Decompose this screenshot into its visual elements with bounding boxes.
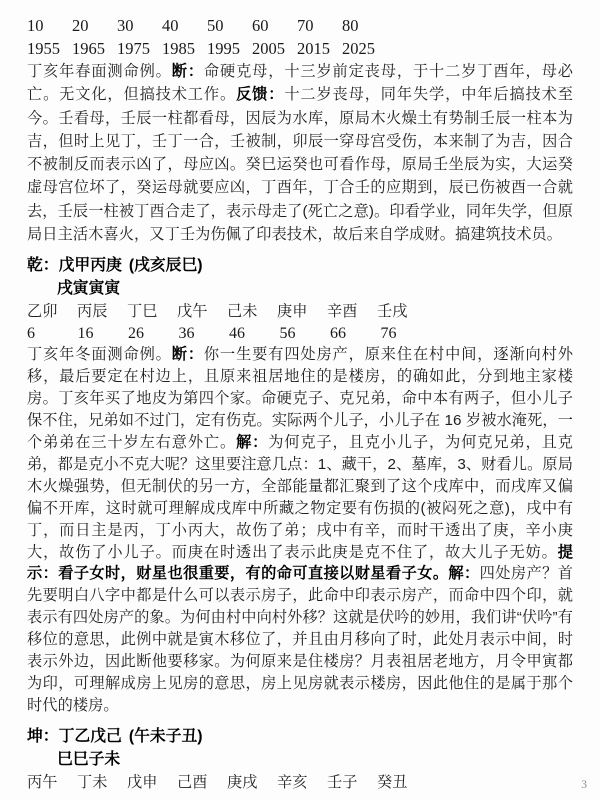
luck-year-cell: 1975 (117, 37, 162, 60)
feedback-label: 反馈： (236, 86, 284, 103)
luck-pillar-cell: 庚戌 (227, 771, 277, 794)
luck-age-cell: 6 (27, 323, 78, 344)
luck-years-row: 1955 1965 1975 1985 1995 2005 2015 2025 (27, 37, 573, 60)
void-branches: (午未子丑) (129, 728, 203, 745)
luck-age-cell: 56 (280, 323, 331, 344)
luck-pillar-cell: 戊申 (127, 771, 177, 794)
luck-age-cell: 76 (381, 323, 432, 344)
gender-label: 坤： (27, 728, 59, 745)
luck-age-cell: 16 (78, 323, 129, 344)
luck-age-cell: 10 (27, 14, 72, 37)
luck-year-cell: 1955 (27, 37, 72, 60)
luck-pillar-cell: 壬戌 (377, 300, 427, 323)
chart-kun-heading: 坤：丁乙戊己(午未子丑) (27, 725, 573, 748)
case-winter-paragraph: 丁亥年冬面测命例。断：你一生要有四处房产，原来住在村中间，逐渐向村外移，最后要定… (27, 344, 573, 716)
chart-stems: 戊甲丙庚 (59, 257, 122, 274)
luck-pillar-cell: 庚申 (277, 300, 327, 323)
luck-pillar-cell: 丙辰 (77, 300, 127, 323)
chart-qian-branches: 戌寅寅寅 (27, 277, 573, 300)
judgment-label: 断： (172, 63, 204, 80)
luck-year-cell: 2005 (252, 37, 297, 60)
judgment-label: 断： (172, 346, 204, 363)
luck-age-cell: 30 (117, 14, 162, 37)
chart-qian-heading: 乾：戊甲丙庚(戌亥辰巳) (27, 254, 573, 277)
luck-age-cell: 66 (330, 323, 381, 344)
luck-pillar-cell: 乙卯 (27, 300, 77, 323)
text-run: 丁亥年冬面测命例。 (27, 346, 172, 363)
luck-pillar-cell: 己未 (227, 300, 277, 323)
text-run: 十二岁丧母，同年失学，中年后搞技术至今。壬看母，壬辰一柱都看母，因辰为水库，原局… (27, 86, 573, 243)
luck-year-cell: 2015 (297, 37, 342, 60)
text-run: 四处房产？首先要明白八字中都是什么可以表示房子，此命中印表示房产，而命中四个印，… (27, 565, 573, 713)
luck-pillar-cell: 壬子 (327, 771, 377, 794)
text-run: 丁亥年春面测命例。 (27, 63, 172, 80)
luck-pillar-cell: 丁巳 (127, 300, 177, 323)
luck-age-cell: 46 (229, 323, 280, 344)
gender-label: 乾： (27, 257, 59, 274)
luck-pillar-cell: 丁未 (77, 771, 127, 794)
luck-age-cell: 36 (179, 323, 230, 344)
chart-branches-text: 戌寅寅寅 (57, 280, 120, 297)
luck-age-cell: 50 (207, 14, 252, 37)
luck-age-cell: 60 (252, 14, 297, 37)
luck-year-cell: 2025 (342, 37, 387, 60)
luck-year-cell: 1995 (207, 37, 252, 60)
luck-pillar-cell: 癸丑 (377, 771, 427, 794)
chart-kun-branches: 巳巳子未 (27, 748, 573, 771)
case-spring-paragraph: 丁亥年春面测命例。断：命硬克母，十三岁前定丧母，于十二岁丁酉年，母必亡。无文化，… (27, 60, 573, 246)
luck-year-cell: 1985 (162, 37, 207, 60)
luck-age-cell: 70 (297, 14, 342, 37)
void-branches: (戌亥辰巳) (129, 257, 203, 274)
luck-ages-row: 10 20 30 40 50 60 70 80 (27, 14, 573, 37)
luck-year-cell: 1965 (72, 37, 117, 60)
luck-pillar-cell: 己酉 (177, 771, 227, 794)
page-number: 3 (581, 779, 587, 791)
explanation-label: 解： (236, 434, 268, 451)
luck-age-cell: 80 (342, 14, 387, 37)
qian-luck-pillars-row: 乙卯 丙辰 丁巳 戊午 己未 庚申 辛酉 壬戌 (27, 300, 573, 323)
qian-luck-ages-row: 6 16 26 36 46 56 66 76 (27, 323, 573, 344)
chart-stems: 丁乙戊己 (59, 728, 122, 745)
luck-age-cell: 20 (72, 14, 117, 37)
kun-luck-pillars-row: 丙午 丁未 戊申 己酉 庚戌 辛亥 壬子 癸丑 (27, 771, 573, 794)
luck-pillar-cell: 戊午 (177, 300, 227, 323)
document-page: 10 20 30 40 50 60 70 80 1955 1965 1975 1… (0, 0, 600, 800)
text-run: 为何克子，且克小儿子，为何克兄弟，且克弟，都是克小不克大呢？这里要注意几点：1、… (27, 434, 573, 561)
luck-pillar-cell: 辛亥 (277, 771, 327, 794)
luck-age-cell: 40 (162, 14, 207, 37)
luck-age-cell: 26 (128, 323, 179, 344)
chart-branches-text: 巳巳子未 (57, 751, 120, 768)
luck-pillar-cell: 丙午 (27, 771, 77, 794)
luck-pillar-cell: 辛酉 (327, 300, 377, 323)
